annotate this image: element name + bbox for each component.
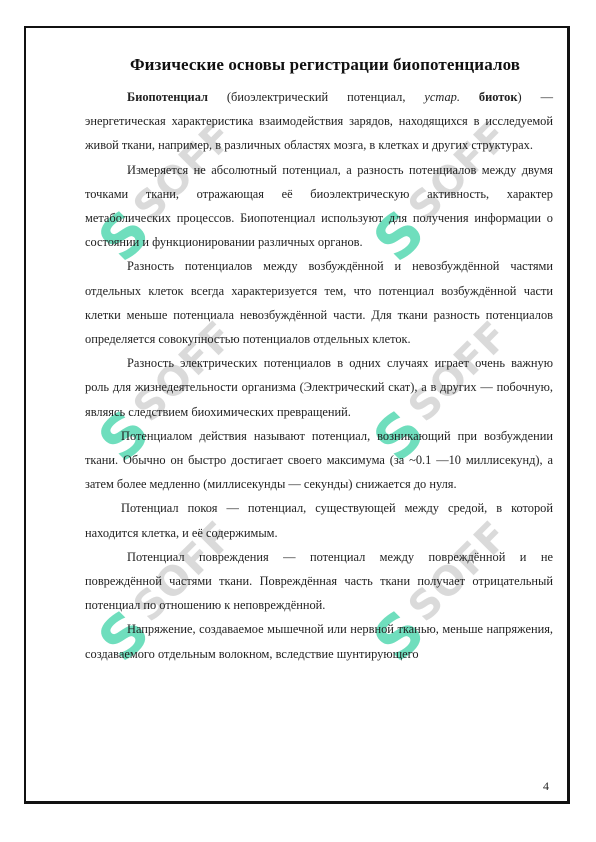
paragraph: Напряжение, создаваемое мышечной или нер… [85, 617, 553, 665]
paragraph: Потенциал покоя — потенциал, существующе… [85, 496, 553, 544]
document-body: Физические основы регистрации биопотенци… [85, 55, 553, 666]
page-number: 4 [543, 779, 549, 794]
abbrev-obsolete: устар. [424, 90, 460, 104]
term-biopotential: Биопотенциал [127, 90, 208, 104]
paragraph-definition: Биопотенциал (биоэлектрический потенциал… [85, 85, 553, 158]
paragraph: Потенциалом действия называют потенциал,… [85, 424, 553, 497]
page-title: Физические основы регистрации биопотенци… [97, 55, 553, 75]
paragraph: Разность потенциалов между возбуждённой … [85, 254, 553, 351]
paragraph: Потенциал повреждения — потенциал между … [85, 545, 553, 618]
paragraph: Измеряется не абсолютный потенциал, а ра… [85, 158, 553, 255]
paragraph: Разность электрических потенциалов в одн… [85, 351, 553, 424]
term-biotok: биоток [460, 90, 518, 104]
